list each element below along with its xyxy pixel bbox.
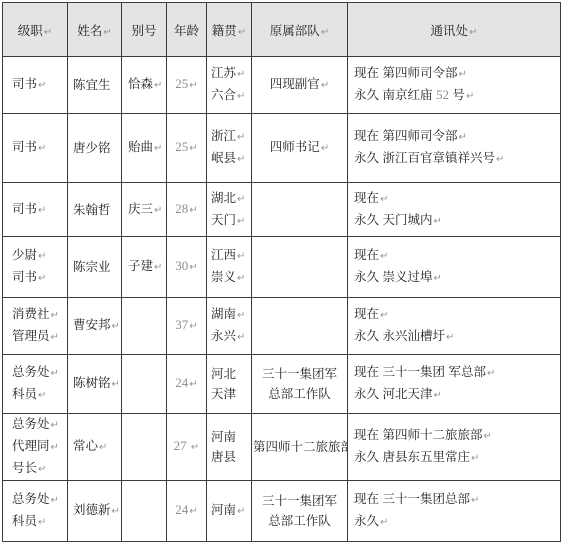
cell-line: 江西↵: [211, 245, 248, 267]
cell-text: 浙江: [211, 129, 236, 143]
cell-text: 常心: [73, 439, 98, 453]
paragraph-mark-icon: ↵: [154, 143, 162, 154]
cell-line: 永久 南京红庙 52 号↵: [354, 85, 557, 107]
cell-text: 少尉: [12, 248, 37, 262]
cell-text: 37: [175, 317, 188, 332]
paragraph-mark-icon: ↵: [51, 495, 59, 506]
paragraph-mark-icon: ↵: [237, 69, 245, 80]
cell-line: 湖南↵: [211, 304, 248, 326]
cell-line: 浙江↵: [211, 126, 248, 148]
cell-line: 三十一集团军: [253, 491, 346, 511]
numeral: 52: [436, 87, 449, 102]
cell-line: 天门↵: [211, 210, 248, 232]
cell-line: 科员↵: [12, 384, 64, 406]
column-header-label: 姓名: [77, 24, 102, 38]
cell-line: 岷县↵: [211, 148, 248, 170]
paragraph-mark-icon: ↵: [458, 132, 466, 143]
cell-address: 现在 第四师司令部↵永久 南京红庙 52 号↵: [348, 57, 561, 114]
cell-unit: 第四师十二旅旅部: [252, 414, 348, 481]
paragraph-mark-icon: ↵: [237, 332, 245, 343]
cell-address: 现在 第四师十二旅旅部↵永久 唐县东五里常庄↵: [348, 414, 561, 481]
cell-line: 永久↵: [354, 511, 557, 533]
cell-address: 现在 三十一集团 军总部↵永久 河北天津↵: [348, 355, 561, 414]
cell-text: 天津: [211, 387, 236, 401]
cell-unit: 四师书记↵: [252, 114, 348, 183]
column-header-label: 原属部队: [270, 24, 320, 38]
cell-text: 崇义: [211, 270, 236, 284]
paragraph-mark-icon: ↵: [38, 205, 46, 216]
cell-name: 常心↵: [68, 414, 122, 481]
cell-text: 江西: [211, 248, 236, 262]
paragraph-mark-icon: ↵: [189, 379, 197, 390]
cell-text: 陈宜生: [73, 78, 111, 92]
paragraph-mark-icon: ↵: [112, 321, 120, 332]
column-header-label: 级职: [18, 24, 43, 38]
cell-line: 陈宜生: [73, 75, 118, 95]
cell-text: 三十一集团军: [262, 367, 337, 381]
cell-text: 总务处: [12, 417, 50, 431]
paragraph-mark-icon: ↵: [380, 310, 388, 321]
cell-line: 消费社↵: [12, 304, 64, 326]
paragraph-mark-icon: ↵: [496, 154, 504, 165]
paragraph-mark-icon: ↵: [237, 194, 245, 205]
paragraph-mark-icon: ↵: [237, 132, 245, 143]
cell-line: 永久 浙江百官章镇祥兴号↵: [354, 148, 557, 170]
paragraph-mark-icon: ↵: [103, 27, 111, 38]
cell-line: 永久 天门城内↵: [354, 210, 557, 232]
cell-line: 24↵: [167, 373, 206, 395]
cell-text: 曹安邦: [73, 318, 111, 332]
cell-rank: 少尉↵司书↵: [3, 237, 68, 298]
cell-line: 永久 永兴汕槽圩↵: [354, 326, 557, 348]
paragraph-mark-icon: ↵: [189, 321, 197, 332]
cell-origin: 河南唐县: [207, 414, 252, 481]
cell-text: 岷县: [211, 151, 236, 165]
cell-address: 现在↵永久 永兴汕槽圩↵: [348, 298, 561, 355]
paragraph-mark-icon: ↵: [237, 251, 245, 262]
cell-text: 27: [174, 438, 190, 453]
cell-unit: [252, 237, 348, 298]
paragraph-mark-icon: ↵: [469, 27, 477, 38]
cell-line: 湖北↵: [211, 188, 248, 210]
cell-origin: 湖南↵永兴↵: [207, 298, 252, 355]
cell-line: 永久 崇义过埠↵: [354, 267, 557, 289]
cell-text: 永久 天门城内: [354, 213, 432, 227]
cell-text: 科员: [12, 514, 37, 528]
column-header-rank: 级职↵: [3, 3, 68, 57]
column-header-name: 姓名↵: [68, 3, 122, 57]
cell-text: 现在 三十一集团总部: [354, 492, 470, 506]
cell-text: 恰森: [128, 77, 153, 91]
cell-text: 唐少铭: [73, 141, 111, 155]
cell-text: 天门: [211, 213, 236, 227]
cell-line: 现在↵: [354, 304, 557, 326]
cell-text: 河北: [211, 367, 236, 381]
paragraph-mark-icon: ↵: [51, 310, 59, 321]
cell-age: 24↵: [167, 355, 207, 414]
cell-text: 代理同: [12, 439, 50, 453]
cell-address: 现在↵永久 崇义过埠↵: [348, 237, 561, 298]
table-row: 司书↵陈宜生恰森↵25↵江苏↵六合↵四现副官↵现在 第四师司令部↵永久 南京红庙…: [3, 57, 561, 114]
cell-rank: 总务处↵科员↵: [3, 355, 68, 414]
cell-rank: 总务处↵科员↵: [3, 481, 68, 542]
cell-address: 现在↵永久 天门城内↵: [348, 183, 561, 237]
cell-line: 四现副官↵: [253, 74, 346, 96]
cell-text: 司书: [12, 202, 37, 216]
cell-line: 四师书记↵: [253, 137, 346, 159]
paragraph-mark-icon: ↵: [321, 27, 329, 38]
cell-line: 总务处↵: [12, 362, 64, 384]
cell-line: 唐县: [211, 447, 248, 467]
cell-text: 科员: [12, 387, 37, 401]
cell-line: 刘德新↵: [73, 500, 118, 522]
cell-line: 司书↵: [12, 137, 64, 159]
cell-origin: 浙江↵岷县↵: [207, 114, 252, 183]
cell-line: 常心↵: [73, 436, 118, 458]
table-row: 司书↵唐少铭贻曲↵25↵浙江↵岷县↵四师书记↵现在 第四师司令部↵永久 浙江百官…: [3, 114, 561, 183]
cell-name: 陈宗业: [68, 237, 122, 298]
cell-name: 陈宜生: [68, 57, 122, 114]
cell-text: 24: [175, 502, 188, 517]
cell-text: 永久 永兴汕槽圩: [354, 329, 445, 343]
paragraph-mark-icon: ↵: [191, 442, 199, 453]
cell-line: 24↵: [167, 500, 206, 522]
cell-text: 第四师十二旅旅部: [253, 440, 348, 454]
paragraph-mark-icon: ↵: [380, 517, 388, 528]
paragraph-mark-icon: ↵: [483, 431, 491, 442]
cell-age: 25↵: [167, 57, 207, 114]
cell-line: 永久 河北天津↵: [354, 384, 557, 406]
cell-line: 28↵: [167, 199, 206, 221]
cell-line: 代理同↵: [12, 436, 64, 458]
paragraph-mark-icon: ↵: [321, 80, 329, 91]
cell-text: 管理员: [12, 329, 50, 343]
paragraph-mark-icon: ↵: [38, 464, 46, 475]
cell-text: 永久 崇义过埠: [354, 270, 432, 284]
paragraph-mark-icon: ↵: [380, 251, 388, 262]
cell-text: 陈宗业: [73, 260, 111, 274]
cell-line: 曹安邦↵: [73, 315, 118, 337]
paragraph-mark-icon: ↵: [38, 517, 46, 528]
cell-alias: 庆三↵: [122, 183, 167, 237]
cell-text: 现在 三十一集团 军总部: [354, 365, 486, 379]
paragraph-mark-icon: ↵: [458, 69, 466, 80]
column-header-age: 年龄: [167, 3, 207, 57]
cell-line: 少尉↵: [12, 245, 64, 267]
cell-text: 现在: [354, 307, 379, 321]
cell-text: 现在: [354, 248, 379, 262]
column-header-label: 籍贯: [212, 24, 237, 38]
paragraph-mark-icon: ↵: [446, 332, 454, 343]
cell-line: 唐少铭: [73, 138, 118, 158]
cell-line: 现在 第四师司令部↵: [354, 63, 557, 85]
paragraph-mark-icon: ↵: [51, 368, 59, 379]
column-header-unit: 原属部队↵: [252, 3, 348, 57]
cell-line: 现在 三十一集团 军总部↵: [354, 362, 557, 384]
paragraph-mark-icon: ↵: [38, 390, 46, 401]
cell-name: 陈树铭↵: [68, 355, 122, 414]
cell-line: 科员↵: [12, 511, 64, 533]
paragraph-mark-icon: ↵: [471, 495, 479, 506]
cell-line: 现在 三十一集团总部↵: [354, 489, 557, 511]
cell-text: 唐县: [211, 450, 236, 464]
cell-alias: [122, 298, 167, 355]
paragraph-mark-icon: ↵: [189, 80, 197, 91]
paragraph-mark-icon: ↵: [189, 262, 197, 273]
cell-text: 朱翰哲: [73, 203, 111, 217]
cell-text: 现在 第四师司令部: [354, 66, 457, 80]
cell-text: 子建: [128, 259, 153, 273]
cell-text: 河南: [211, 430, 236, 444]
paragraph-mark-icon: ↵: [51, 420, 59, 431]
paragraph-mark-icon: ↵: [189, 506, 197, 517]
paragraph-mark-icon: ↵: [189, 205, 197, 216]
cell-line: 30↵: [167, 256, 206, 278]
cell-alias: 恰森↵: [122, 57, 167, 114]
cell-address: 现在 三十一集团总部↵永久↵: [348, 481, 561, 542]
cell-unit: [252, 183, 348, 237]
column-header-origin: 籍贯↵: [207, 3, 252, 57]
cell-text: 30: [175, 258, 188, 273]
cell-age: 30↵: [167, 237, 207, 298]
cell-line: 永兴↵: [211, 326, 248, 348]
cell-text: 现在 第四师十二旅旅部: [354, 428, 482, 442]
cell-text: 25: [175, 139, 188, 154]
cell-text: 司书: [12, 77, 37, 91]
cell-line: 总部工作队: [253, 511, 346, 531]
table-row: 总务处↵科员↵刘德新↵24↵河南↵三十一集团军总部工作队现在 三十一集团总部↵永…: [3, 481, 561, 542]
cell-text: 永久 浙江百官章镇祥兴号: [354, 151, 495, 165]
cell-unit: 三十一集团军总部工作队: [252, 481, 348, 542]
cell-line: 37↵: [167, 315, 206, 337]
paragraph-mark-icon: ↵: [237, 154, 245, 165]
cell-rank: 总务处↵代理同↵号长↵: [3, 414, 68, 481]
table-row: 司书↵朱翰哲庆三↵28↵湖北↵天门↵现在↵永久 天门城内↵: [3, 183, 561, 237]
paragraph-mark-icon: ↵: [38, 273, 46, 284]
paragraph-mark-icon: ↵: [38, 251, 46, 262]
cell-text: 江苏: [211, 66, 236, 80]
paragraph-mark-icon: ↵: [51, 332, 59, 343]
cell-line: 司书↵: [12, 74, 64, 96]
cell-text: 28: [175, 201, 188, 216]
paragraph-mark-icon: ↵: [237, 506, 245, 517]
cell-rank: 消费社↵管理员↵: [3, 298, 68, 355]
paragraph-mark-icon: ↵: [112, 506, 120, 517]
cell-line: 号长↵: [12, 458, 64, 480]
cell-origin: 江苏↵六合↵: [207, 57, 252, 114]
paragraph-mark-icon: ↵: [154, 205, 162, 216]
paragraph-mark-icon: ↵: [38, 143, 46, 154]
cell-text: 号长: [12, 461, 37, 475]
cell-origin: 湖北↵天门↵: [207, 183, 252, 237]
cell-text: 现在: [354, 191, 379, 205]
paragraph-mark-icon: ↵: [189, 143, 197, 154]
paragraph-mark-icon: ↵: [99, 442, 107, 453]
cell-line: 现在↵: [354, 245, 557, 267]
column-header-label: 别号: [131, 24, 156, 38]
cell-rank: 司书↵: [3, 57, 68, 114]
header-row: 级职↵姓名↵别号年龄籍贯↵原属部队↵通讯处↵: [3, 3, 561, 57]
cell-text: 六合: [211, 88, 236, 102]
cell-text: 湖北: [211, 191, 236, 205]
cell-line: 六合↵: [211, 85, 248, 107]
paragraph-mark-icon: ↵: [237, 273, 245, 284]
cell-alias: [122, 355, 167, 414]
cell-origin: 河北天津: [207, 355, 252, 414]
cell-text: 总务处: [12, 492, 50, 506]
cell-origin: 江西↵崇义↵: [207, 237, 252, 298]
cell-text: 陈树铭: [73, 376, 111, 390]
cell-alias: 贻曲↵: [122, 114, 167, 183]
paragraph-mark-icon: ↵: [237, 310, 245, 321]
cell-alias: [122, 481, 167, 542]
cell-line: 子建↵: [128, 256, 163, 278]
cell-name: 朱翰哲: [68, 183, 122, 237]
cell-line: 现在 第四师司令部↵: [354, 126, 557, 148]
cell-text: 刘德新: [73, 503, 111, 517]
paragraph-mark-icon: ↵: [433, 273, 441, 284]
paragraph-mark-icon: ↵: [237, 216, 245, 227]
paragraph-mark-icon: ↵: [237, 91, 245, 102]
cell-line: 三十一集团军: [253, 364, 346, 384]
cell-line: 永久 唐县东五里常庄↵: [354, 447, 557, 469]
cell-line: 河南: [211, 427, 248, 447]
cell-text: 永兴: [211, 329, 236, 343]
cell-text: 贻曲: [128, 140, 153, 154]
cell-line: 崇义↵: [211, 267, 248, 289]
cell-line: 25↵: [167, 74, 206, 96]
cell-text: 湖南: [211, 307, 236, 321]
cell-text: 总务处: [12, 365, 50, 379]
column-header-label: 年龄: [174, 24, 199, 38]
column-header-alias: 别号: [122, 3, 167, 57]
paragraph-mark-icon: ↵: [380, 194, 388, 205]
cell-line: 管理员↵: [12, 326, 64, 348]
roster-table: 级职↵姓名↵别号年龄籍贯↵原属部队↵通讯处↵ 司书↵陈宜生恰森↵25↵江苏↵六合…: [2, 2, 561, 542]
cell-line: 总务处↵: [12, 489, 64, 511]
paragraph-mark-icon: ↵: [112, 379, 120, 390]
cell-age: 25↵: [167, 114, 207, 183]
cell-age: 37↵: [167, 298, 207, 355]
cell-text: 河南: [211, 503, 236, 517]
paragraph-mark-icon: ↵: [154, 262, 162, 273]
cell-line: 25↵: [167, 137, 206, 159]
cell-line: 恰森↵: [128, 74, 163, 96]
table-row: 总务处↵科员↵陈树铭↵24↵河北天津三十一集团军总部工作队现在 三十一集团 军总…: [3, 355, 561, 414]
document-page: 级职↵姓名↵别号年龄籍贯↵原属部队↵通讯处↵ 司书↵陈宜生恰森↵25↵江苏↵六合…: [0, 0, 564, 542]
cell-text: 24: [175, 375, 188, 390]
cell-line: 庆三↵: [128, 199, 163, 221]
cell-text: 四师书记: [270, 140, 320, 154]
cell-text: 永久 唐县东五里常庄: [354, 450, 470, 464]
cell-line: 江苏↵: [211, 63, 248, 85]
cell-age: 24↵: [167, 481, 207, 542]
paragraph-mark-icon: ↵: [433, 390, 441, 401]
cell-name: 刘德新↵: [68, 481, 122, 542]
cell-unit: 四现副官↵: [252, 57, 348, 114]
cell-unit: 三十一集团军总部工作队: [252, 355, 348, 414]
cell-alias: 子建↵: [122, 237, 167, 298]
cell-unit: [252, 298, 348, 355]
cell-line: 司书↵: [12, 199, 64, 221]
cell-text: 司书: [12, 270, 37, 284]
paragraph-mark-icon: ↵: [471, 453, 479, 464]
cell-name: 唐少铭: [68, 114, 122, 183]
cell-age: 28↵: [167, 183, 207, 237]
cell-rank: 司书↵: [3, 114, 68, 183]
cell-text: 三十一集团军: [262, 494, 337, 508]
cell-line: 现在↵: [354, 188, 557, 210]
paragraph-mark-icon: ↵: [154, 80, 162, 91]
cell-text: 永久 南京红庙 52 号: [354, 88, 465, 102]
cell-line: 总部工作队: [253, 384, 346, 404]
cell-line: 总务处↵: [12, 414, 64, 436]
cell-text: 总部工作队: [268, 514, 331, 528]
cell-line: 贻曲↵: [128, 137, 163, 159]
table-row: 消费社↵管理员↵曹安邦↵37↵湖南↵永兴↵现在↵永久 永兴汕槽圩↵: [3, 298, 561, 355]
cell-text: 总部工作队: [268, 387, 331, 401]
cell-text: 四现副官: [270, 77, 320, 91]
paragraph-mark-icon: ↵: [51, 442, 59, 453]
paragraph-mark-icon: ↵: [44, 27, 52, 38]
cell-line: 陈树铭↵: [73, 373, 118, 395]
cell-address: 现在 第四师司令部↵永久 浙江百官章镇祥兴号↵: [348, 114, 561, 183]
cell-text: 永久: [354, 514, 379, 528]
cell-age: 27 ↵: [167, 414, 207, 481]
paragraph-mark-icon: ↵: [238, 27, 246, 38]
cell-text: 庆三: [128, 202, 153, 216]
cell-alias: [122, 414, 167, 481]
cell-line: 第四师十二旅旅部: [253, 437, 346, 457]
table-row: 总务处↵代理同↵号长↵常心↵27 ↵河南唐县第四师十二旅旅部现在 第四师十二旅旅…: [3, 414, 561, 481]
paragraph-mark-icon: ↵: [433, 216, 441, 227]
table-row: 少尉↵司书↵陈宗业子建↵30↵江西↵崇义↵现在↵永久 崇义过埠↵: [3, 237, 561, 298]
cell-rank: 司书↵: [3, 183, 68, 237]
cell-text: 现在 第四师司令部: [354, 129, 457, 143]
paragraph-mark-icon: ↵: [487, 368, 495, 379]
paragraph-mark-icon: ↵: [321, 143, 329, 154]
cell-text: 消费社: [12, 307, 50, 321]
cell-line: 朱翰哲: [73, 200, 118, 220]
cell-line: 现在 第四师十二旅旅部↵: [354, 425, 557, 447]
column-header-address: 通讯处↵: [348, 3, 561, 57]
paragraph-mark-icon: ↵: [466, 91, 474, 102]
cell-line: 河北: [211, 364, 248, 384]
cell-text: 25: [175, 76, 188, 91]
cell-text: 永久 河北天津: [354, 387, 432, 401]
cell-origin: 河南↵: [207, 481, 252, 542]
cell-line: 天津: [211, 384, 248, 404]
column-header-label: 通讯处: [431, 24, 469, 38]
cell-line: 陈宗业: [73, 257, 118, 277]
cell-name: 曹安邦↵: [68, 298, 122, 355]
cell-line: 司书↵: [12, 267, 64, 289]
paragraph-mark-icon: ↵: [38, 80, 46, 91]
cell-line: 河南↵: [211, 500, 248, 522]
cell-text: 司书: [12, 140, 37, 154]
cell-line: 27 ↵: [167, 436, 206, 458]
